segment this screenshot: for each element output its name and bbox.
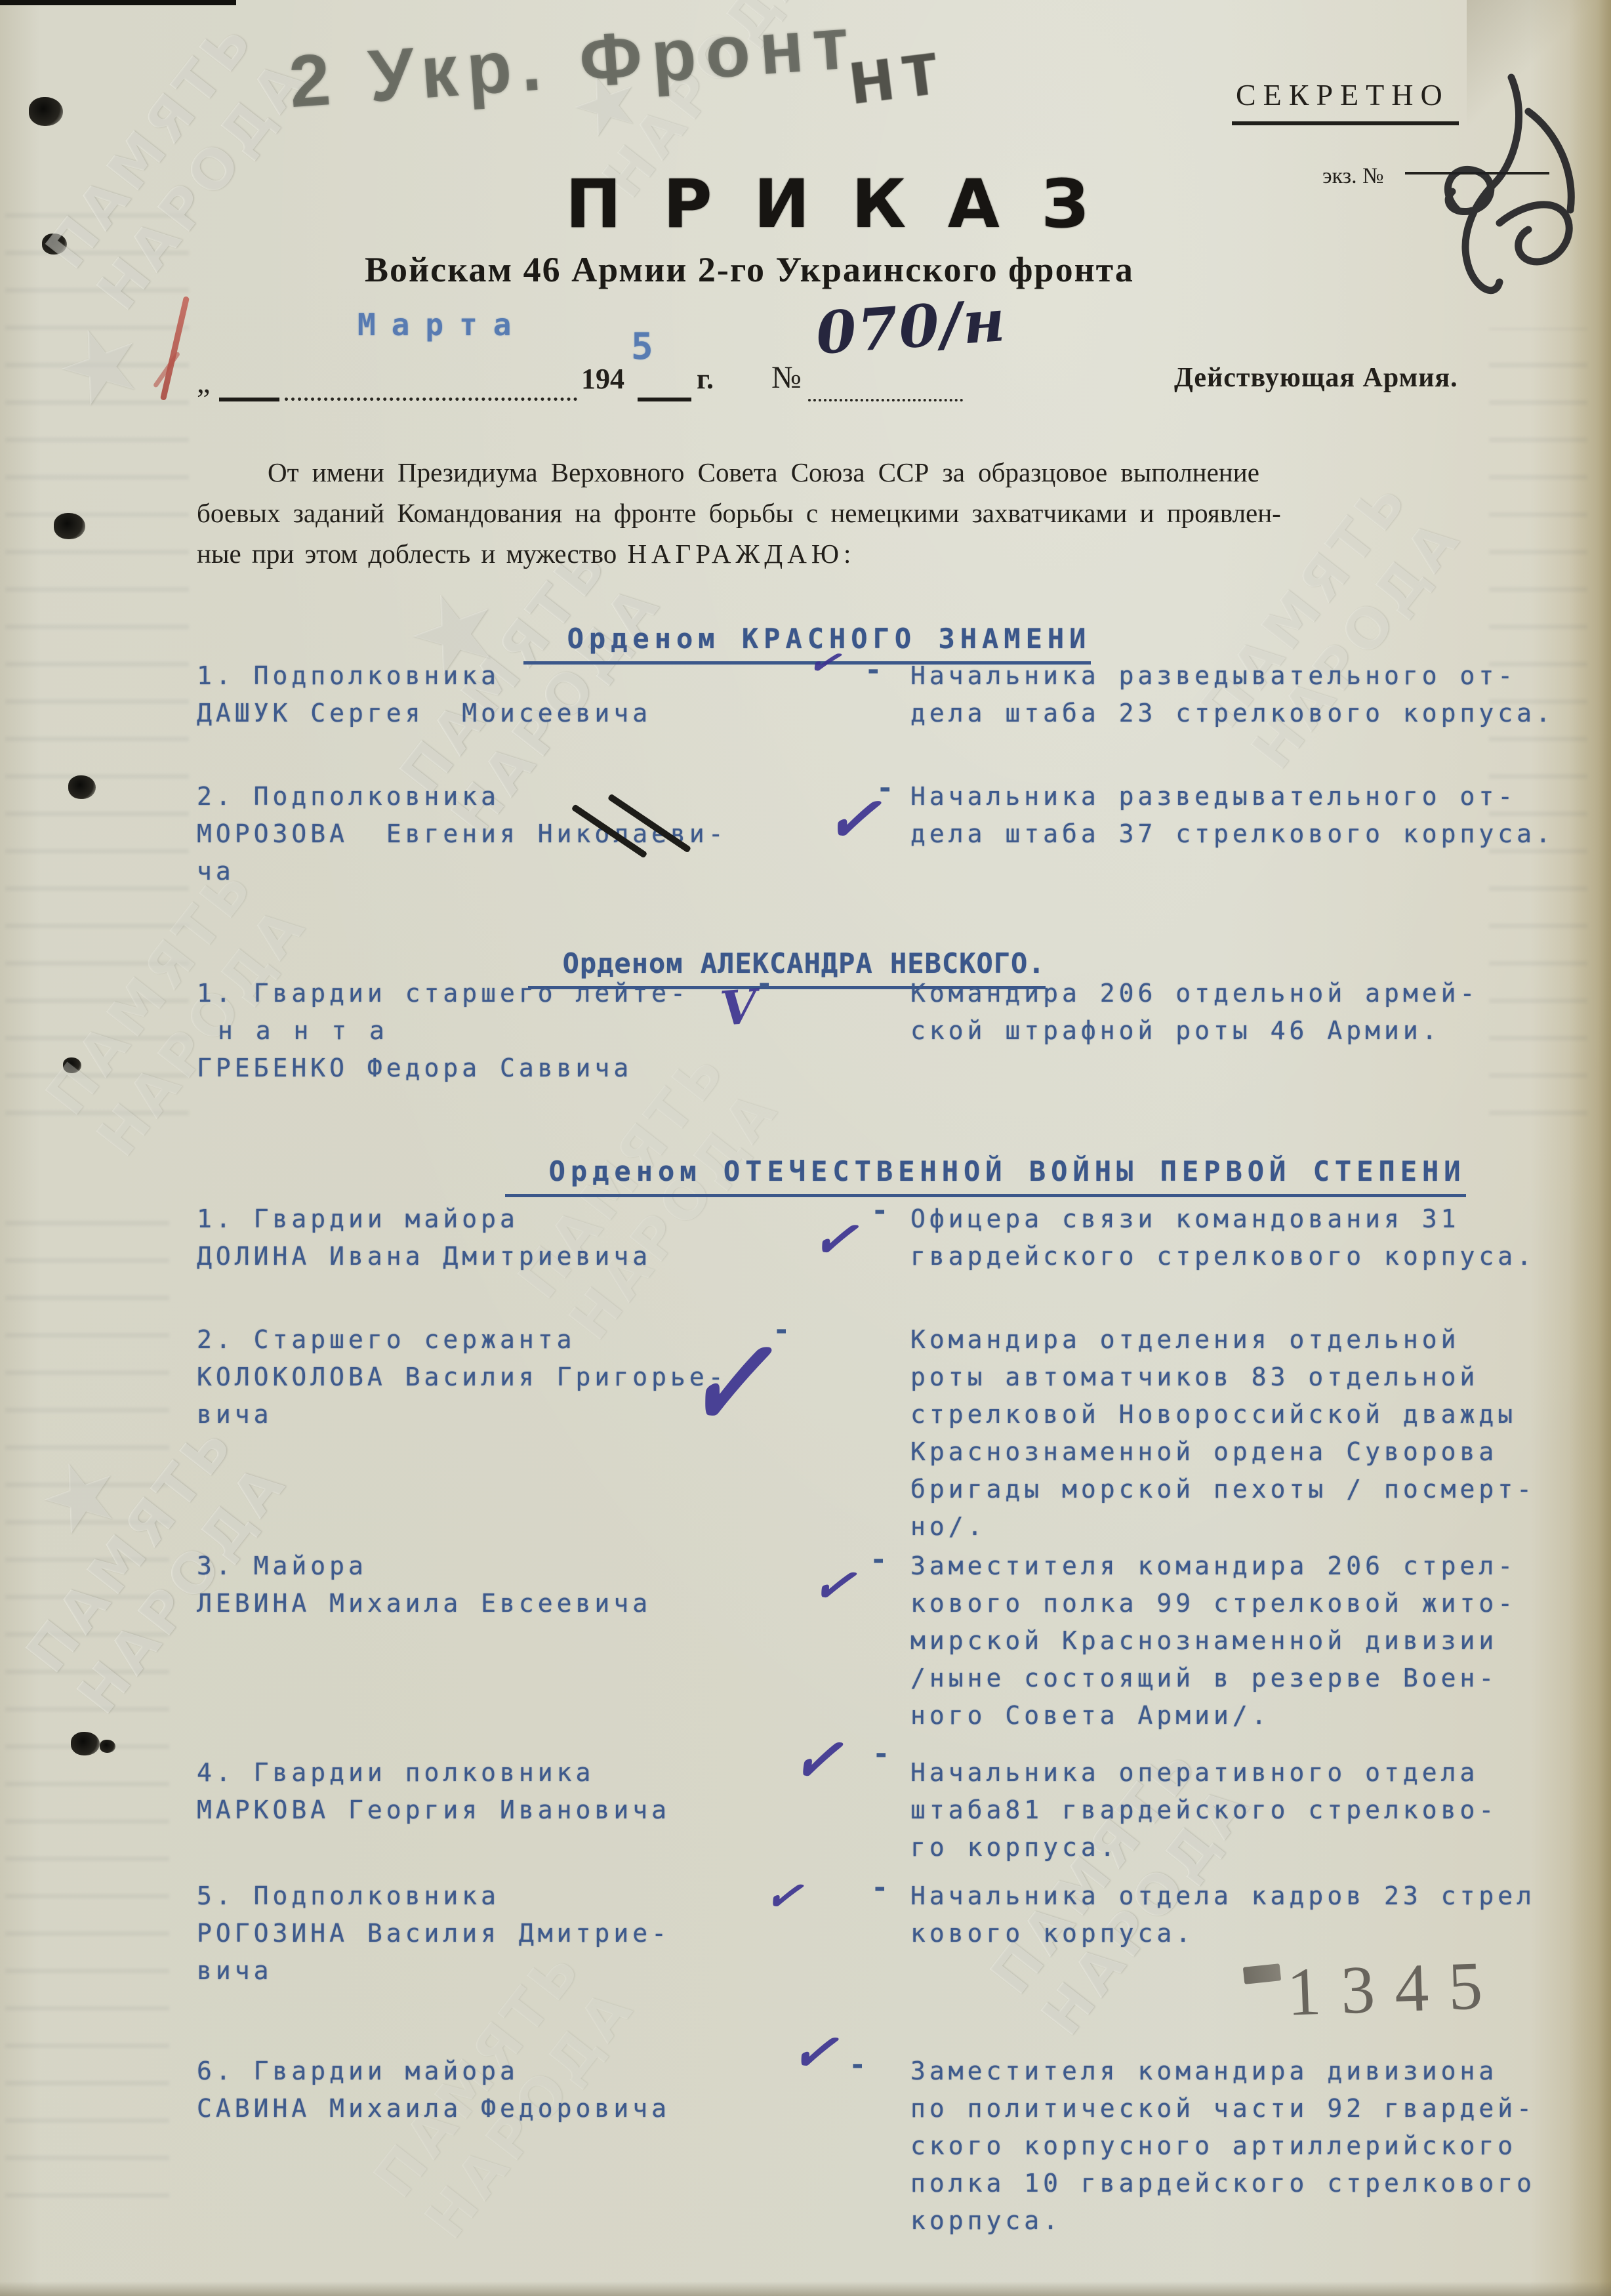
order-title: П Р И К А З xyxy=(565,165,1098,243)
date-open-quote: „ xyxy=(197,365,210,400)
checkmark-icon: ✓ xyxy=(809,1210,860,1269)
entry-name-line: ЛЕВИНА Михаила Евсеевича xyxy=(197,1589,651,1618)
entry-position-line: Командира отделения отдельной xyxy=(910,1325,1459,1354)
watermark-line: НАРОДА xyxy=(1238,505,1475,781)
entry-name-line: ДОЛИНА Ивана Дмитриевича xyxy=(197,1242,651,1271)
front-rubber-stamp: 2 Укр. Фронт xyxy=(287,0,861,124)
order-number-handwritten: 070/н xyxy=(814,286,1009,367)
entry-dash: - xyxy=(773,1313,790,1347)
entry-name-line: вича xyxy=(197,1400,273,1429)
entry-rank-line: 3. Майора xyxy=(197,1551,367,1580)
entry-rank-line: 4. Гвардии полковника xyxy=(197,1758,594,1787)
entry-position-line: Командира 206 отдельной армей- xyxy=(910,979,1478,1008)
paper-damage-spot xyxy=(42,234,67,255)
entry-rank-line: 2. Подполковника xyxy=(197,782,500,811)
entry-rank-line: 1. Гвардии старшего лейте- xyxy=(197,979,689,1008)
entry-rank-line: 6. Гвардии майора xyxy=(197,2057,519,2085)
entry-position-line: кового полка 99 стрелковой жито- xyxy=(910,1589,1517,1618)
intro-award-word: НАГРАЖДАЮ: xyxy=(627,539,855,569)
year-digit-stamp: 5 xyxy=(631,325,653,368)
paper-damage-spot xyxy=(29,97,63,126)
entry-position-line: Заместителя командира дивизиона xyxy=(910,2057,1498,2085)
intro-line: От имени Президиума Верховного Совета Со… xyxy=(268,457,1259,488)
entry-name-line: САВИНА Михаила Федоровича xyxy=(197,2094,670,2123)
year-prefix: 194 xyxy=(581,362,624,396)
entry-position-line: Начальника оперативного отдела xyxy=(910,1758,1478,1787)
paper-damage-spot xyxy=(68,775,96,799)
checkmark-icon: ✓ xyxy=(788,1721,846,1797)
entry-dash: - xyxy=(870,1543,887,1576)
pen-scribble-mark xyxy=(1359,72,1608,308)
paper-top-edge-tear xyxy=(0,0,236,5)
entry-position-line: по политической части 92 гвардей- xyxy=(910,2094,1536,2123)
year-line-solid xyxy=(638,398,691,401)
entry-position-line: Краснознаменной ордена Суворова xyxy=(910,1437,1498,1466)
entry-rank-line: 5. Подполковника xyxy=(197,1881,500,1910)
entry-position-line: ного Совета Армии/. xyxy=(910,1701,1271,1730)
entry-position-line: кового корпуса. xyxy=(910,1919,1194,1948)
entry-rank-line: н а н т а xyxy=(218,1016,388,1045)
ghost-bleedthrough xyxy=(5,1214,169,2198)
entry-position-line: ского корпусного артиллерийского xyxy=(910,2131,1517,2160)
entry-name-line: ча xyxy=(197,857,235,886)
archive-watermark: ПАМЯТЬ НАРОДА xyxy=(360,1935,647,2251)
intro-line: боевых заданий Командования на фронте бо… xyxy=(197,497,1281,529)
checkmark-icon: ✓ xyxy=(823,784,883,853)
year-suffix: г. xyxy=(697,362,714,396)
entry-dash: - xyxy=(872,1737,890,1771)
entry-name-line: РОГОЗИНА Василия Дмитрие- xyxy=(197,1919,670,1948)
ghost-bleedthrough xyxy=(5,197,189,1115)
entry-position-line: Офицера связи командования 31 xyxy=(910,1204,1459,1233)
entry-position-line: ской штрафной роты 46 Армии. xyxy=(910,1016,1441,1045)
pencil-tick xyxy=(1243,1963,1281,1984)
entry-name-line: вича xyxy=(197,1956,273,1985)
entry-position-line: /ныне состоящий в резерве Воен- xyxy=(910,1664,1498,1692)
checkmark-icon: ✓ xyxy=(762,1871,805,1920)
date-line-dotted xyxy=(285,398,577,401)
checkmark-icon: ✓ xyxy=(805,640,844,684)
entry-position-line: Заместителя командира 206 стрел- xyxy=(910,1551,1517,1580)
pencil-page-number: 1345 xyxy=(1286,1946,1503,2031)
entry-position-line: роты автоматчиков 83 отдельной xyxy=(910,1363,1478,1391)
entry-position-line: но/. xyxy=(910,1512,987,1541)
entry-dash: - xyxy=(871,1871,889,1904)
paper-edge-bottom xyxy=(0,2282,1611,2296)
entry-dash: - xyxy=(865,653,882,687)
order-number-line xyxy=(808,399,963,401)
entry-position-line: Начальника разведывательного от- xyxy=(910,782,1517,811)
paper-damage-spot xyxy=(63,1057,81,1073)
order-number-label: № xyxy=(771,359,802,396)
entry-name-line: КОЛОКОЛОВА Василия Григорье- xyxy=(197,1363,727,1391)
section-heading-red-banner: Орденом КРАСНОГО ЗНАМЕНИ xyxy=(523,590,1091,665)
entry-position-line: корпуса. xyxy=(910,2206,1062,2235)
paper-damage-spot xyxy=(54,513,85,539)
entry-position-line: стрелковой Новороссийской дважды xyxy=(910,1400,1517,1429)
army-note: Действующая Армия. xyxy=(1174,362,1458,394)
entry-rank-line: 1. Гвардии майора xyxy=(197,1204,519,1233)
entry-position-line: дела штаба 37 стрелкового корпуса. xyxy=(910,819,1555,848)
entry-position-line: Начальника разведывательного от- xyxy=(910,661,1517,690)
checkmark-icon: V xyxy=(719,983,759,1033)
front-rubber-stamp-tail: нт xyxy=(842,22,950,122)
order-subtitle: Войскам 46 Армии 2-го Украинского фронта xyxy=(365,249,1134,290)
entry-rank-line: 1. Подполковника xyxy=(197,661,500,690)
section-heading-patriotic-war: Орденом ОТЕЧЕСТВЕННОЙ ВОЙНЫ ПЕРВОЙ СТЕПЕ… xyxy=(505,1123,1466,1197)
checkmark-icon: ✓ xyxy=(788,2022,840,2082)
checkmark-icon: ✓ xyxy=(682,1316,773,1449)
entry-dash: - xyxy=(876,771,894,805)
intro-line: ные при этом доблесть и мужество НАГРАЖД… xyxy=(197,538,855,569)
entry-position-line: го корпуса. xyxy=(910,1833,1119,1862)
entry-position-line: гвардейского стрелкового корпуса. xyxy=(910,1242,1536,1271)
entry-position-line: бригады морской пехоты / посмерт- xyxy=(910,1475,1536,1504)
entry-position-line: штаба81 гвардейского стрелково- xyxy=(910,1795,1498,1824)
entry-name-line: ДАШУК Сергея Моисеевича xyxy=(197,699,651,728)
entry-position-line: дела штаба 23 стрелкового корпуса. xyxy=(910,699,1555,728)
entry-dash: - xyxy=(871,1194,889,1227)
entry-name-line: ГРЕБЕНКО Федора Саввича xyxy=(197,1054,632,1082)
date-line-solid xyxy=(219,398,279,401)
checkmark-icon: ✓ xyxy=(809,1557,859,1614)
scanned-order-document: { "stamp": { "text": "2 Укр. Фронт", "ta… xyxy=(0,0,1611,2296)
entry-dash: - xyxy=(756,967,773,1000)
entry-dash: - xyxy=(849,2048,867,2081)
entry-position-line: полка 10 гвардейского стрелкового xyxy=(910,2169,1536,2198)
entry-rank-line: 2. Старшего сержанта xyxy=(197,1325,576,1354)
entry-position-line: Начальника отдела кадров 23 стрел xyxy=(910,1881,1536,1910)
entry-name-line: МАРКОВА Георгия Ивановича xyxy=(197,1795,670,1824)
entry-position-line: мирской Краснознаменной дивизии xyxy=(910,1626,1498,1655)
month-stamp: Марта xyxy=(357,307,527,342)
paper-damage-spot xyxy=(71,1732,100,1755)
paper-damage-spot xyxy=(100,1740,115,1753)
